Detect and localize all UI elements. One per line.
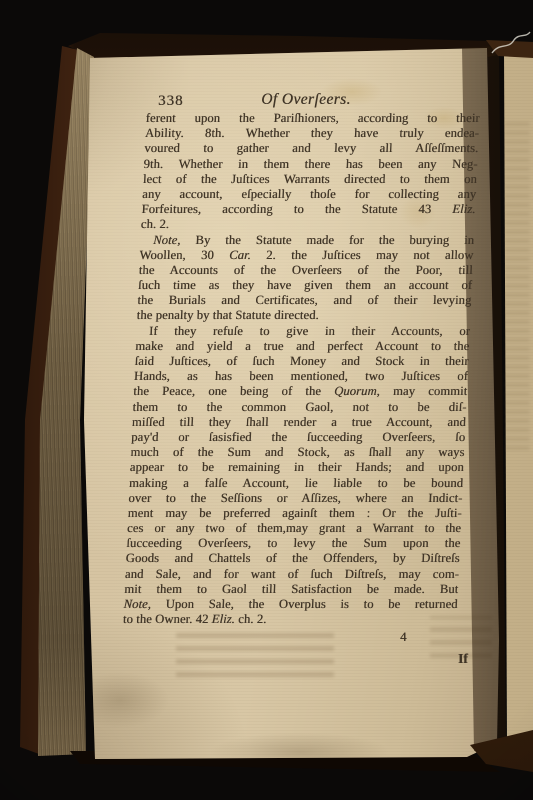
body-text-line: Note, By the Statute made for the buryin… bbox=[140, 233, 475, 248]
body-text-line: Woollen, 30 Car. 2. the Juſtices may not… bbox=[139, 248, 474, 263]
body-text-line: lect of the Juſtices Warrants directed t… bbox=[143, 172, 478, 187]
body-text-line: the penalty by that Statute directed. bbox=[136, 308, 471, 323]
book-photo: 338 Of Overſeers. ferent upon the Pariſh… bbox=[0, 0, 533, 800]
body-text-line: pay'd or ſasisfied the ſucceeding Overſe… bbox=[131, 430, 466, 445]
body-text-line: over to the Seſſions or Aſſizes, where a… bbox=[128, 491, 463, 506]
body-text-line: appear to be remaining in their Hands; a… bbox=[129, 460, 464, 475]
body-text-line: ferent upon the Pariſhioners, according … bbox=[145, 111, 480, 126]
body-text-line: to the Owner. 42 Eliz. ch. 2. bbox=[123, 612, 458, 627]
body-text-line: the Accounts of the Overſeers of the Poo… bbox=[138, 263, 473, 278]
body-text-line: Goods and Chattels of the Offenders, by … bbox=[125, 551, 460, 566]
body-text-line: ſucceeding Overſeers, to levy the Sum up… bbox=[126, 536, 461, 551]
signature-mark: 4 bbox=[400, 629, 407, 645]
body-text-line: making a falſe Account, lie liable to be… bbox=[129, 476, 464, 491]
body-text-line: ch. 2. bbox=[140, 217, 475, 232]
body-text-line: and Sale, and for want of ſuch Diſtreſs,… bbox=[125, 567, 460, 582]
body-text-line: the Peace, one being of the Quorum, may … bbox=[133, 384, 468, 399]
body-text-line: If they refuſe to give in their Accounts… bbox=[136, 324, 471, 339]
body-text-line: make and yield a true and perfect Accoun… bbox=[135, 339, 470, 354]
body-text-line: Forfeitures, according to the Statute 43… bbox=[141, 202, 476, 217]
printed-page-content: 338 Of Overſeers. ferent upon the Pariſh… bbox=[0, 0, 533, 800]
body-text-line: them to the common Gaol, not to be diſ- bbox=[132, 400, 467, 415]
body-text-line: ces or any two of them,may grant a Warra… bbox=[127, 521, 462, 536]
body-text-line: mit them to Gaol till Satisfaction be ma… bbox=[124, 582, 459, 597]
body-text-line: Note, Upon Sale, the Overplus is to be r… bbox=[123, 597, 458, 612]
body-text-line: Hands, as has been mentioned, two Juſtic… bbox=[134, 369, 469, 384]
body-text-line: ſaid Juſtices, of ſuch Money and Stock i… bbox=[134, 354, 469, 369]
body-text-line: voured to gather and levy all Aſſeſſment… bbox=[144, 141, 479, 156]
body-text-line: much of the Sum and Stock, as ſhall any … bbox=[130, 445, 465, 460]
body-text-line: ment may be preferred againſt them : Or … bbox=[127, 506, 462, 521]
body-text: ferent upon the Pariſhioners, according … bbox=[123, 111, 480, 627]
body-text-line: the Burials and Certificates, and of the… bbox=[137, 293, 472, 308]
body-text-line: Ability. 8th. Whether they have truly en… bbox=[145, 126, 480, 141]
catchword: If bbox=[458, 651, 468, 667]
body-text-line: 9th. Whether in them there has been any … bbox=[143, 157, 478, 172]
body-text-line: ſuch time as they have given them an acc… bbox=[138, 278, 473, 293]
running-title: Of Overſeers. bbox=[146, 91, 466, 109]
body-text-line: any account, eſpecially thoſe for collec… bbox=[142, 187, 477, 202]
body-text-line: miſſed till they ſhall render a true Acc… bbox=[132, 415, 467, 430]
